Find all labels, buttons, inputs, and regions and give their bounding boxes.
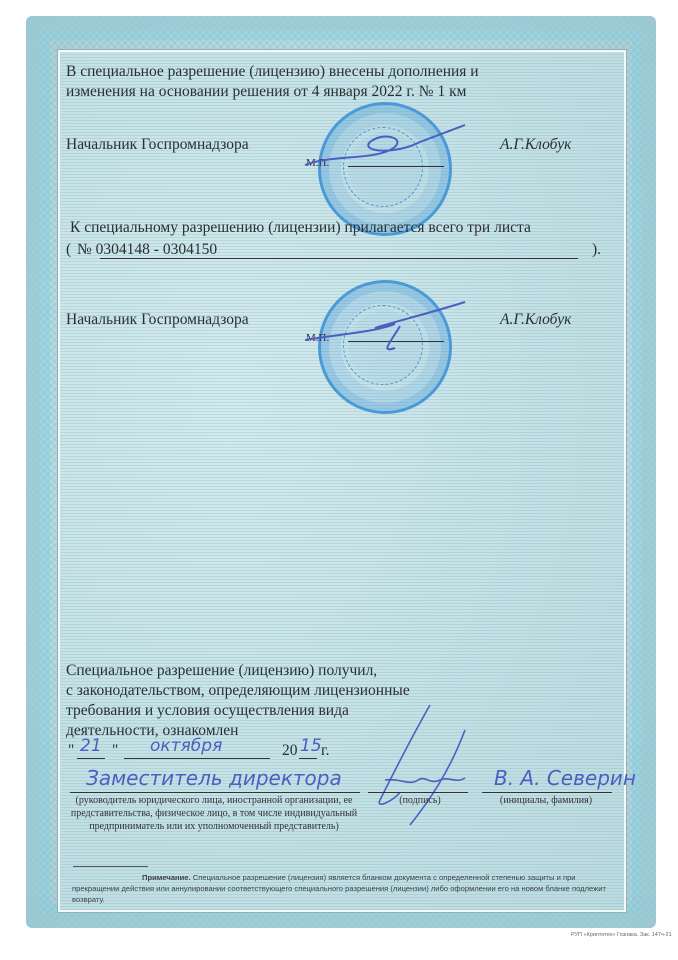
printer-mark: РУП «Криптотех» Гознака. Зак. 147ч-21 — [571, 932, 672, 938]
signature-caption: (подпись) — [380, 794, 460, 807]
receipt-line-3: требования и условия осуществления вида — [66, 701, 349, 721]
attachment-line-1: К специальному разрешению (лицензии) при… — [70, 218, 531, 238]
recipient-name-handwritten: В. А. Северин — [494, 766, 636, 790]
signature-underline — [368, 792, 468, 793]
handwritten-signature-2 — [300, 298, 470, 358]
note-divider — [73, 866, 148, 867]
attachment-underline — [100, 258, 578, 259]
amendment-line-1: В специальное разрешение (лицензию) внес… — [66, 62, 479, 82]
name-underline — [482, 792, 612, 793]
role-caption: (руководитель юридического лица, иностра… — [64, 794, 364, 833]
signatory-1-name: А.Г.Клобук — [500, 135, 571, 155]
date-open-quote: " — [68, 741, 74, 761]
date-month-underline — [124, 758, 270, 759]
date-day: 21 — [80, 736, 102, 756]
date-year-prefix: 20 — [282, 741, 298, 761]
note-label: Примечание. — [142, 873, 191, 882]
signatory-1-position: Начальник Госпромнадзора — [66, 135, 249, 155]
date-close-quote: " — [112, 741, 118, 761]
date-year-suffix: 15 — [300, 736, 322, 756]
amendment-line-2: изменения на основании решения от 4 янва… — [66, 82, 466, 102]
receipt-line-2: с законодательством, определяющим лиценз… — [66, 681, 410, 701]
signatory-2-name: А.Г.Клобук — [500, 310, 571, 330]
attachment-close-paren: ). — [592, 240, 601, 260]
signatory-2-position: Начальник Госпромнадзора — [66, 310, 249, 330]
attachment-open-paren: ( — [66, 240, 71, 260]
footnote: Примечание. Специальное разрешение (лице… — [72, 872, 612, 905]
recipient-signature — [370, 700, 490, 830]
date-year-underline — [299, 758, 317, 759]
name-caption: (инициалы, фамилия) — [486, 794, 606, 807]
date-month: октября — [150, 736, 222, 756]
receipt-line-1: Специальное разрешение (лицензию) получи… — [66, 661, 377, 681]
attachment-sheet-numbers: № 0304148 - 0304150 — [77, 240, 217, 260]
recipient-role-handwritten: Заместитель директора — [86, 766, 342, 790]
role-underline — [70, 792, 360, 793]
date-year-unit: г. — [321, 741, 329, 761]
handwritten-signature-1 — [300, 120, 470, 175]
date-day-underline — [77, 758, 105, 759]
